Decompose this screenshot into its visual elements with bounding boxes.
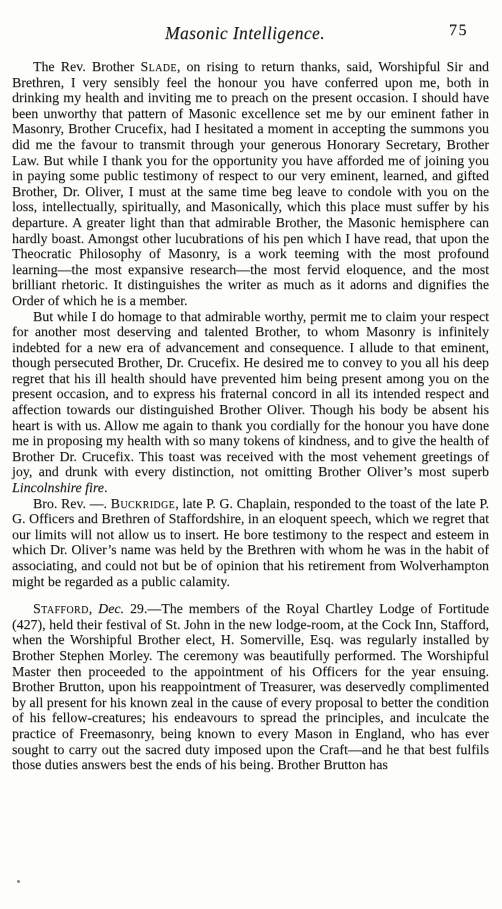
running-title: Masonic Intelligence.	[0, 23, 490, 44]
text-run: .	[104, 481, 107, 496]
scanned-book-page: Masonic Intelligence. 75 The Rev. Brothe…	[0, 0, 502, 909]
text-run: Stafford	[33, 602, 89, 617]
text-run: Buckridge	[111, 497, 176, 512]
page-header: Masonic Intelligence. 75	[0, 0, 502, 47]
text-run: Slade	[140, 60, 176, 75]
text-run: Lincolnshire fire	[12, 481, 104, 496]
text-run: , on rising to return thanks, said, Wors…	[12, 60, 489, 309]
text-run: ,	[89, 602, 98, 617]
page-number: 75	[449, 22, 468, 40]
text-run: Bro. Rev. —.	[33, 497, 111, 512]
paragraph: Bro. Rev. —. Buckridge, late P. G. Chapl…	[12, 497, 489, 591]
paragraph: Stafford, Dec. 29.—The members of the Ro…	[12, 602, 489, 774]
paragraph: The Rev. Brother Slade, on rising to ret…	[12, 60, 489, 310]
text-run: Dec.	[98, 602, 124, 617]
ink-speck	[17, 880, 20, 883]
paragraph: But while I do homage to that admirable …	[12, 310, 489, 497]
page-body: The Rev. Brother Slade, on rising to ret…	[12, 60, 489, 774]
text-run: The Rev. Brother	[33, 60, 140, 75]
text-run: 29.—The members of the Royal Chartley Lo…	[12, 602, 489, 773]
text-run: But while I do homage to that admirable …	[12, 310, 489, 481]
